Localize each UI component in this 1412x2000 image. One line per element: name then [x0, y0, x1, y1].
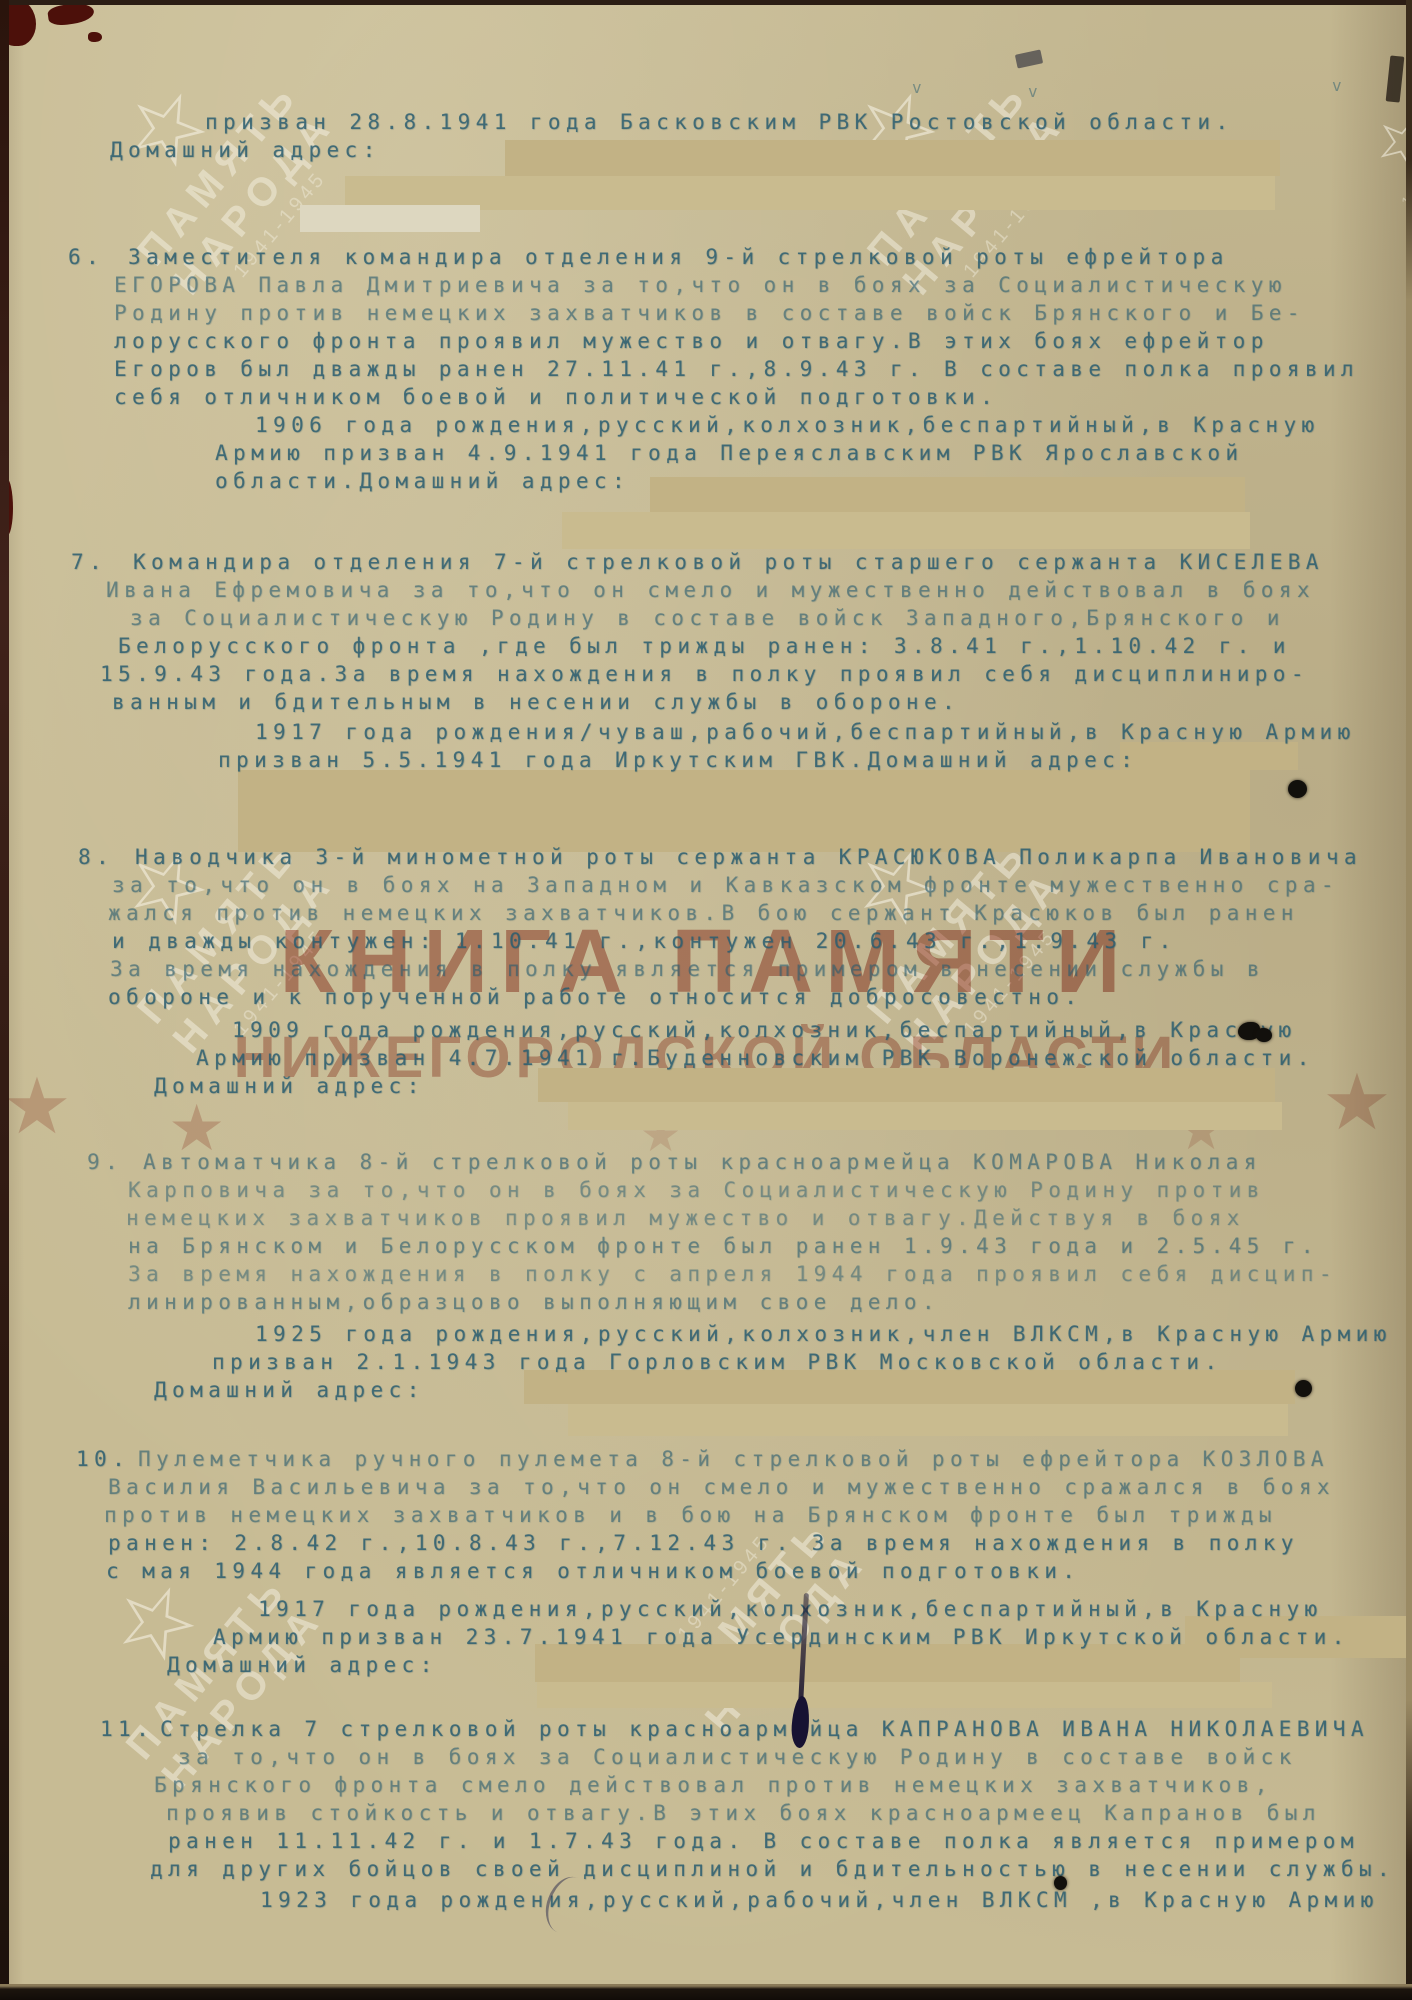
text-line: 1909 года рождения,русский,колхозник,бес…: [232, 1016, 1412, 1044]
text-line: призван 5.5.1941 года Иркутским ГВК.Дома…: [218, 746, 1412, 774]
text-line: против немецких захватчиков и в бою на Б…: [104, 1501, 1412, 1529]
text-line: обороне и к порученной работе относится …: [108, 983, 1412, 1011]
text-line: 1917 года рождения/чуваш,рабочий,беспарт…: [255, 718, 1412, 746]
text-line: Заместителя командира отделения 9-й стре…: [128, 243, 1412, 271]
text-line: немецких захватчиков проявил мужество и …: [126, 1204, 1412, 1232]
text-line: призван 28.8.1941 года Басковским РВК Ро…: [205, 108, 1412, 136]
text-line: Домашний адрес:: [154, 1376, 1412, 1404]
text-line: 15.9.43 года.За время нахождения в полку…: [100, 660, 1412, 688]
entry-number: 10.: [76, 1445, 130, 1473]
scan-edge-right: [1406, 0, 1412, 2000]
text-line: Стрелка 7 стрелковой роты красноармейца …: [160, 1715, 1412, 1743]
redaction-box: [238, 770, 1250, 852]
text-line: Командира отделения 7-й стрелковой роты …: [133, 548, 1412, 576]
text-line: для других бойцов своей дисциплиной и бд…: [150, 1855, 1412, 1883]
text-line: 1925 года рождения,русский,колхозник,чле…: [255, 1320, 1412, 1348]
paper-hole: [1295, 1380, 1312, 1397]
redaction-box: [568, 1102, 1282, 1130]
text-line: Наводчика 3-й минометной роты сержанта К…: [135, 843, 1412, 871]
text-line: ЕГОРОВА Павла Дмитриевича за то,что он в…: [114, 271, 1412, 299]
text-line: Егоров был дважды ранен 27.11.41 г.,8.9.…: [114, 355, 1412, 383]
scan-edge-left: [0, 0, 9, 2000]
text-line: Армию призван 4.7.1941 г.Буденновским РВ…: [196, 1044, 1412, 1072]
scanned-award-document-page: ☆ ПАМЯТЬ НАРОДА 1941-1945 ☆ ПАМЯТЬ НАРОД…: [0, 0, 1412, 2000]
entry-6: 6. Заместителя командира отделения 9-й с…: [0, 243, 1412, 495]
text-line: линированным,образцово выполняющим свое …: [128, 1288, 1412, 1316]
redaction-box: [345, 176, 1275, 210]
entry-number: 9.: [87, 1148, 123, 1176]
check-mark: v: [912, 78, 922, 97]
text-line: за то,что он в боях на Западном и Кавказ…: [112, 871, 1412, 899]
text-line: Белорусского фронта ,где был трижды ране…: [118, 632, 1412, 660]
check-mark: v: [1028, 82, 1038, 101]
intro-fragment: призван 28.8.1941 года Басковским РВК Ро…: [0, 108, 1412, 164]
text-line: 1923 года рождения,русский,рабочий,член …: [260, 1886, 1412, 1914]
text-line: призван 2.1.1943 года Горловским РВК Мос…: [212, 1348, 1412, 1376]
text-line: Брянского фронта смело действовал против…: [154, 1771, 1412, 1799]
entry-number: 7.: [71, 548, 107, 576]
text-line: и дважды контужен: 1.10.41 г.,контужен 2…: [112, 927, 1412, 955]
text-line: Армию призван 4.9.1941 года Переяславски…: [215, 439, 1412, 467]
text-line: Ивана Ефремовича за то,что он смело и му…: [106, 576, 1412, 604]
text-line: области.Домашний адрес:: [215, 467, 1412, 495]
text-line: лорусского фронта проявил мужество и отв…: [114, 327, 1412, 355]
text-line: за то,что он в боях за Социалистическую …: [178, 1743, 1412, 1771]
redaction-box: [568, 1404, 1288, 1436]
text-line: Карповича за то,что он в боях за Социали…: [128, 1176, 1412, 1204]
text-line: на Брянском и Белорусском фронте был ран…: [128, 1232, 1412, 1260]
redaction-box: [537, 1682, 1272, 1708]
text-line: проявив стойкость и отвагу.В этих боях к…: [166, 1799, 1412, 1827]
entry-number: 6.: [68, 243, 104, 271]
ink-mark: [1015, 49, 1043, 68]
entry-number: 8.: [78, 843, 114, 871]
corner-stain: [88, 32, 102, 42]
text-line: Василия Васильевича за то,что он смело и…: [108, 1473, 1412, 1501]
text-line: Родину против немецких захватчиков в сос…: [114, 299, 1412, 327]
redaction-box: [562, 512, 1250, 549]
entry-10: 10. Пулеметчика ручного пулемета 8-й стр…: [0, 1445, 1412, 1679]
redaction-box: [300, 205, 480, 232]
text-line: Армию призван 23.7.1941 года Усердинским…: [213, 1623, 1412, 1651]
ink-splotch: [1256, 1028, 1272, 1042]
text-line: ранен: 2.8.42 г.,10.8.43 г.,7.12.43 г. З…: [108, 1529, 1412, 1557]
check-mark: v: [1332, 76, 1342, 95]
text-line: жался против немецких захватчиков.В бою …: [108, 899, 1412, 927]
text-line: за Социалистическую Родину в составе вой…: [130, 604, 1412, 632]
text-line: 1906 года рождения,русский,колхозник,бес…: [255, 411, 1412, 439]
entry-9: 9. Автоматчика 8-й стрелковой роты красн…: [0, 1148, 1412, 1404]
text-line: ранен 11.11.42 г. и 1.7.43 года. В соста…: [168, 1827, 1412, 1855]
text-line: 1917 года рождения,русский,колхозник,бес…: [258, 1595, 1412, 1623]
entry-7: 7. Командира отделения 7-й стрелковой ро…: [0, 548, 1412, 774]
text-line: Домашний адрес:: [154, 1072, 1412, 1100]
text-line: За время нахождения в полку является при…: [110, 955, 1412, 983]
text-line: Автоматчика 8-й стрелковой роты красноар…: [143, 1148, 1412, 1176]
text-line: Пулеметчика ручного пулемета 8-й стрелко…: [138, 1445, 1412, 1473]
text-line: За время нахождения в полку с апреля 194…: [128, 1260, 1412, 1288]
paper-hole: [1288, 780, 1307, 798]
entry-8: 8. Наводчика 3-й минометной роты сержант…: [0, 843, 1412, 1100]
scan-edge-bottom: [0, 1984, 1412, 2000]
text-line: ванным и бдительным в несении службы в о…: [112, 688, 1412, 716]
scan-edge-top: [0, 0, 1412, 5]
text-line: себя отличником боевой и политической по…: [114, 383, 1412, 411]
text-line: Домашний адрес:: [167, 1651, 1412, 1679]
text-line: Домашний адрес:: [110, 136, 1412, 164]
text-line: с мая 1944 года является отличником боев…: [106, 1557, 1412, 1585]
paper-hole: [1054, 1876, 1067, 1890]
edge-mark: [1386, 55, 1405, 102]
entry-number: 11.: [100, 1715, 154, 1743]
entry-11: 11. Стрелка 7 стрелковой роты красноарме…: [0, 1715, 1412, 1914]
